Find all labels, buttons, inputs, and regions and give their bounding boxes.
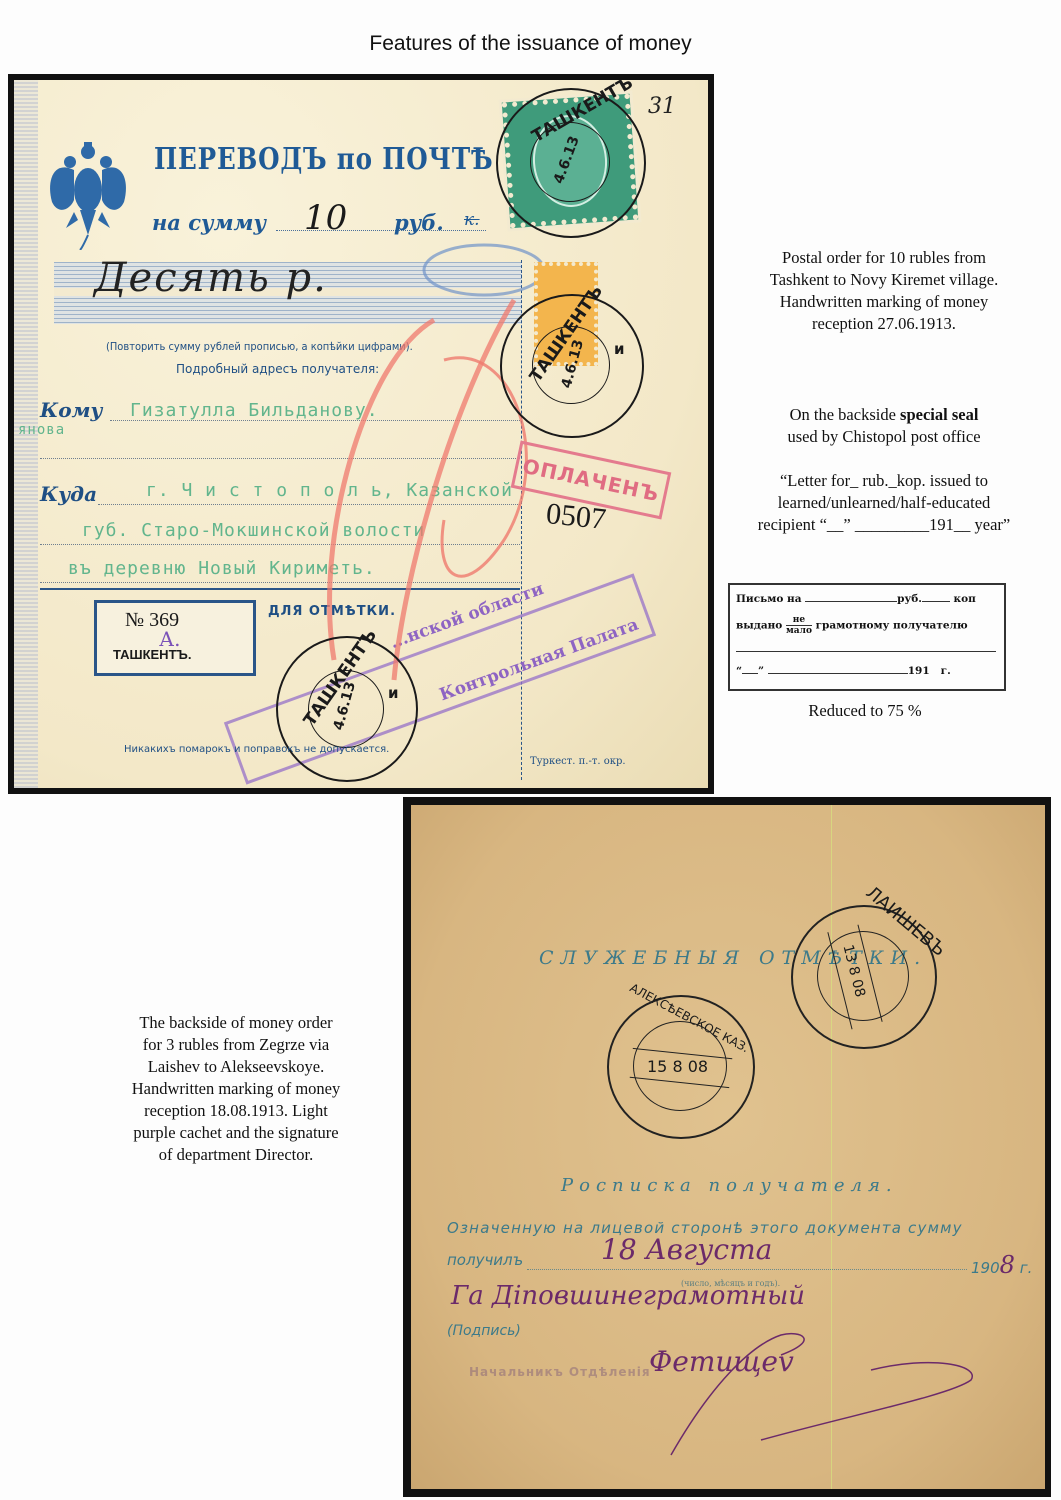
corner-number: 31 [648,94,676,119]
postmark-alekseevskoye: АЛЕКСѢЕВСКОЕ КАЗ. 15 8 08 [607,995,755,1139]
postmark-3: ТАШКЕНТЪ 4.6.13 и [276,636,418,782]
special-seal-note: On the backside special seal used by Chi… [722,404,1046,448]
postmark-laishev: ЛАИШЕВЪ 13 8 08 [791,905,937,1049]
sum-value: 10 [304,198,347,238]
double-headed-eagle-icon [44,140,132,250]
handwritten-date: 18 Августа [601,1233,772,1266]
note-line: purple cachet and the signature [96,1122,376,1144]
seal-translation: “Letter for_ rub._kop. issued to learned… [712,470,1056,536]
sum-label: на сумму [152,210,266,235]
kop-label: к. [464,210,480,230]
to-suffix: янова [18,422,65,438]
note-line: of department Director. [96,1144,376,1166]
seal-rule [736,651,996,652]
where-label: Куда [40,482,97,506]
front-money-order-card: ПЕРЕВОДЪ по ПОЧТѢ на сумму 10 руб. к. Де… [8,74,714,794]
rub-label: руб. [394,210,444,235]
received-label: получилъ [447,1251,523,1269]
seal-intro-line-1: On the backside special seal [722,404,1046,426]
postmark-left-date: 15 8 08 [647,1057,708,1076]
year-label: 1908 г. [971,1251,1032,1279]
receipt-title: Росписка получателя. [561,1175,898,1196]
postmark-2-letter: и [614,340,625,358]
translation-line: learned/unlearned/half-educated [712,492,1056,514]
signature-label: (Подпись) [447,1323,521,1339]
to-label: Кому [40,398,103,422]
postal-order-note: Postal order for 10 rubles from Tashkent… [722,247,1046,335]
note-line: Tashkent to Novy Kiremet village. [722,269,1046,291]
registration-label: № 369 А. ТАШКЕНТЪ. [94,600,256,676]
front-card-paper: ПЕРЕВОДЪ по ПОЧТѢ на сумму 10 руб. к. Де… [14,80,708,788]
note-line: Postal order for 10 rubles from [722,247,1046,269]
note-line: reception 18.08.1913. Light [96,1100,376,1122]
back-money-order-card: СЛУЖЕБНЫЯ ОТМѢТКИ. АЛЕКСѢЕВСКОЕ КАЗ. 15 … [403,797,1051,1497]
note-line: Handwritten marking of money [722,291,1046,313]
seal-row-2: выдано не мало грамотному получателю [736,615,968,636]
backside-note: The backside of money order for 3 rubles… [96,1012,376,1166]
note-line: reception 27.06.1913. [722,313,1046,335]
translation-line: recipient “__” _________191__ year” [712,514,1056,536]
special-seal-reproduction: Письмо на руб. коп выдано не мало грамот… [728,583,1006,691]
note-line: Laishev to Alekseevskoye. [96,1056,376,1078]
signature-flourish [631,1325,991,1465]
reduced-note: Reduced to 75 % [728,700,1002,722]
postmark-1: ТАШКЕНТЪ 4.6.13 [496,88,646,238]
back-card-paper: СЛУЖЕБНЫЯ ОТМѢТКИ. АЛЕКСѢЕВСКОЕ КАЗ. 15 … [411,805,1045,1489]
postmark-2: ТАШКЕНТЪ 4.6.13 и [500,294,644,438]
district-label: Туркест. п.-т. окр. [530,756,626,767]
serial-number: 0507 [544,497,607,537]
postmark-3-letter: и [388,684,399,702]
seal-row-1: Письмо на руб. коп [736,593,976,605]
footer-note: Никакихъ помарокъ и поправокъ не допуска… [124,744,389,755]
note-line: Handwritten marking of money [96,1078,376,1100]
note-line: The backside of money order [96,1012,376,1034]
registration-city: ТАШКЕНТЪ. [113,647,191,662]
recipient-signature: Га Дiповшинеграмотный [451,1281,805,1311]
date-dotted-line [527,1269,967,1270]
translation-line: “Letter for_ rub._kop. issued to [712,470,1056,492]
seal-intro-line-2: used by Chistopol post office [722,426,1046,448]
seal-row-4: “” 191 г. [736,665,951,677]
page-title: Features of the issuance of money [0,32,1061,56]
money-order-title: ПЕРЕВОДЪ по ПОЧТѢ [154,142,493,177]
department-cachet: Начальникъ Отдѣленiя [469,1365,651,1379]
note-line: for 3 rubles from Zegrze via [96,1034,376,1056]
